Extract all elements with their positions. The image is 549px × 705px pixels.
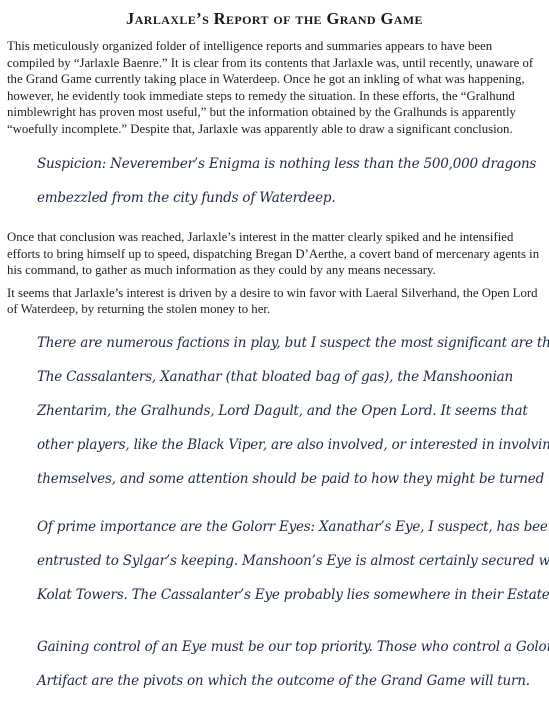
note-line: Artifact are the pivots on which the out… (37, 664, 538, 698)
note-line: Gaining control of an Eye must be our to… (37, 630, 538, 664)
note-line: themselves, and some attention should be… (37, 462, 538, 496)
report-document-page: Jarlaxle’s Report of the Grand Game This… (0, 0, 549, 705)
handwritten-note-eyes: Of prime importance are the Golorr Eyes:… (37, 510, 538, 612)
document-title: Jarlaxle’s Report of the Grand Game (7, 8, 542, 29)
note-line: Suspicion: Neverember’s Enigma is nothin… (37, 147, 538, 181)
intro-paragraph: This meticulously organized folder of in… (7, 38, 542, 137)
note-line: entrusted to Sylgar’s keeping. Manshoon’… (37, 544, 538, 578)
note-line: Kolat Towers. The Cassalanter’s Eye prob… (37, 578, 538, 612)
note-line: Of prime importance are the Golorr Eyes:… (37, 510, 538, 544)
note-line: other players, like the Black Viper, are… (37, 428, 538, 462)
note-line: The Cassalanters, Xanathar (that bloated… (37, 360, 538, 394)
handwritten-note-factions: There are numerous factions in play, but… (37, 326, 538, 496)
handwritten-note-priority: Gaining control of an Eye must be our to… (37, 630, 538, 698)
note-line: embezzled from the city funds of Waterde… (37, 181, 538, 215)
note-line: Zhentarim, the Gralhunds, Lord Dagult, a… (37, 394, 538, 428)
motive-paragraph: It seems that Jarlaxle’s interest is dri… (7, 285, 542, 318)
handwritten-note-suspicion: Suspicion: Neverember’s Enigma is nothin… (37, 147, 538, 215)
conclusion-paragraph: Once that conclusion was reached, Jarlax… (7, 229, 542, 279)
note-line: There are numerous factions in play, but… (37, 326, 538, 360)
